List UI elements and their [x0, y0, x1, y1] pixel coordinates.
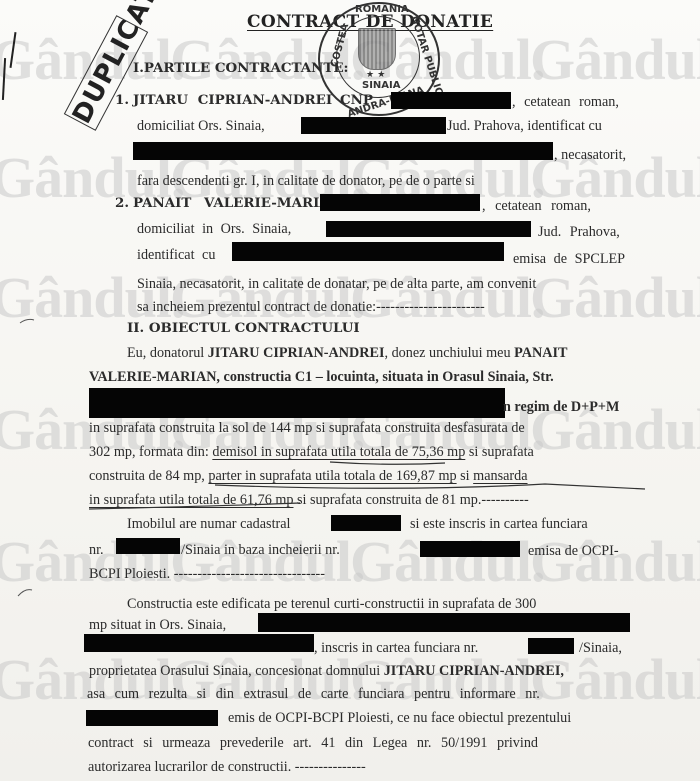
redaction-bar	[331, 515, 401, 531]
text-span: construita de 84 mp,	[89, 468, 208, 484]
text-line: proprietatea Orasului Sinaia, concesiona…	[89, 661, 564, 681]
section-1-heading: I.PARTILE CONTRACTANTE:	[133, 58, 349, 78]
redaction-bar	[528, 638, 574, 654]
redaction-bar	[133, 142, 553, 160]
text-line: , cetatean roman,	[482, 196, 591, 216]
text-span: si	[457, 468, 474, 484]
redaction-bar	[258, 613, 630, 632]
underlined-text: mansarda	[473, 468, 527, 484]
text-line: emis de OCPI-BCPI Ploiesti, ce nu face o…	[228, 708, 571, 728]
stamp-top-text: ROMÂNIA	[355, 4, 409, 15]
party-1-number: 1.	[115, 90, 129, 110]
text-line: , inscris in cartea funciara nr.	[314, 638, 478, 658]
watermark-text: Gândul.	[530, 30, 700, 90]
redaction-bar	[232, 242, 504, 261]
text-line: Imobilul are numar cadastral	[127, 514, 290, 534]
text-line: Sinaia, necasatorit, in calitate de dona…	[137, 274, 536, 294]
redaction-bar	[116, 538, 180, 554]
redaction-bar	[391, 92, 511, 109]
text-line: /Sinaia in baza incheierii nr.	[181, 540, 340, 560]
donee-name: PANAIT	[514, 345, 567, 361]
cnp-label: CNP	[340, 90, 373, 110]
text-line: domiciliat in Ors. Sinaia,	[137, 219, 291, 239]
text-span: proprietatea Orasului Sinaia, concesiona…	[89, 663, 384, 679]
document-page: Gândul.Gândul.Gândul.Gândul. Gândul.Gând…	[0, 0, 700, 781]
underlined-text: in suprafata utila totala de 61,76 mp	[89, 492, 293, 508]
text-line: fara descendenti gr. I, in calitate de d…	[137, 171, 475, 191]
coat-of-arms-icon	[358, 28, 396, 70]
text-line: , necasatorit,	[554, 145, 626, 165]
text-line: asa cum rezulta si din extrasul de carte…	[87, 684, 540, 704]
text-span: Eu, donatorul	[127, 345, 208, 361]
underlined-text: parter in suprafata utila totala de 169,…	[208, 468, 456, 484]
text-line: in suprafata construita la sol de 144 mp…	[89, 418, 525, 438]
redaction-bar	[320, 194, 480, 211]
text-line: mp situat in Ors. Sinaia,	[89, 615, 226, 635]
text-line: domiciliat Ors. Sinaia,	[137, 116, 265, 136]
text-line: autorizarea lucrarilor de constructii. -…	[88, 757, 366, 777]
text-span: 302 mp, formata din:	[89, 444, 212, 460]
donor-name: JITARU CIPRIAN-ANDREI,	[384, 663, 564, 679]
text-line: in suprafata utila totala de 61,76 mp si…	[89, 490, 529, 510]
redaction-bar	[84, 634, 314, 652]
text-line: n regim de D+P+M	[503, 397, 619, 417]
section-2-heading: II. OBIECTUL CONTRACTULUI	[127, 318, 360, 338]
donor-name: JITARU CIPRIAN-ANDREI	[208, 345, 385, 361]
text-line: si este inscris in cartea funciara	[410, 514, 588, 534]
text-line: emisa de OCPI-	[528, 541, 619, 561]
underlined-text: demisol in suprafata utila totala de 75,…	[212, 444, 465, 460]
text-line: contract si urmeaza prevederile art. 41 …	[88, 733, 538, 753]
text-span: si suprafata	[465, 444, 534, 460]
text-line: sa incheiem prezentul contract de donati…	[137, 297, 485, 317]
party-2-number: 2.	[115, 193, 129, 213]
redaction-bar	[420, 541, 520, 557]
text-line: identificat cu	[137, 245, 215, 265]
redaction-bar	[86, 710, 218, 726]
text-line: emisa de SPCLEP	[513, 249, 625, 269]
redaction-bar	[301, 117, 446, 134]
text-line: Constructia este edificata pe terenul cu…	[127, 594, 536, 614]
text-line: /Sinaia,	[579, 638, 622, 658]
text-line: Jud. Prahova,	[538, 222, 620, 242]
stamp-stars: ★ ★	[366, 70, 385, 80]
text-span: si suprafata construita de 81 mp.-------…	[293, 492, 528, 508]
redaction-bar	[326, 221, 531, 237]
text-line: nr.	[89, 540, 104, 560]
text-line: , cetatean roman,	[512, 92, 619, 112]
text-line: 302 mp, formata din: demisol in suprafat…	[89, 442, 534, 462]
party-1-name: JITARU CIPRIAN-ANDREI	[133, 90, 332, 110]
text-span: , donez unchiului meu	[384, 345, 514, 361]
text-line: construita de 84 mp, parter in suprafata…	[89, 466, 528, 486]
party-2-name: PANAIT VALERIE-MARIAN,	[133, 193, 346, 213]
text-line: Jud. Prahova, identificat cu	[447, 116, 602, 136]
watermark-text: Gândul.	[530, 268, 700, 328]
redaction-bar	[89, 388, 505, 418]
text-line: BCPI Ploiesti. -------------------------…	[89, 564, 325, 584]
text-line: Eu, donatorul JITARU CIPRIAN-ANDREI, don…	[127, 343, 567, 363]
text-line: VALERIE-MARIAN, constructia C1 – locuint…	[89, 367, 554, 387]
